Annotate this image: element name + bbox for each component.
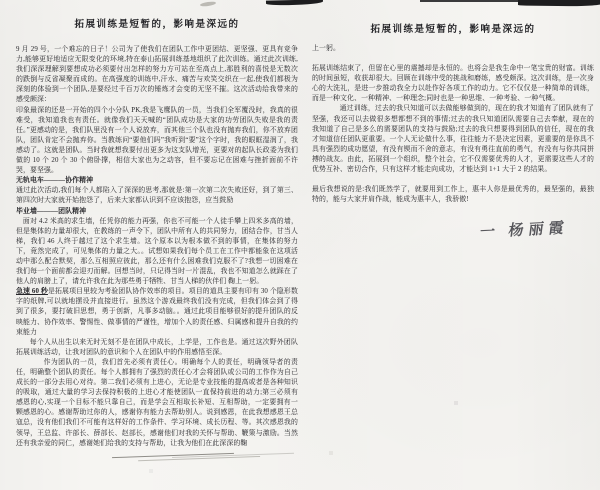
scan-noise-speckles [0,0,2,2]
paragraph-training-ended: 拓展训练结束了，但留在心里的震撼却是永恒的。也将会是我生命中一笔宝贵的财富。训练… [312,64,594,104]
scan-edge-artifact [420,0,522,2]
scanned-document: 拓展训练是短暂的，影响是深远的 9 月 29 号，一个难忘的日子！公司为了使我们… [0,0,600,490]
paragraph-graduation-wall: 面对 4.2 米高的求生墙，任凭你的能力再强，你也不可能一个人徒手攀上四米多高的… [16,217,298,288]
scan-edge-artifact [518,0,600,6]
paragraph-through-training: 通过训练，过去的我只知道可以去做能够做到的，现在的我才知道有了团队就有了坚强，我… [312,104,594,175]
paragraph-pk-teams: 印象最深的还是一开始的四个小分队 PK,我是飞鹰队的一员，当我们全军覆没时，我真… [16,106,298,177]
paragraph-speed60: 急速 60 秒是拓展项目里较为考验团队协作效率的项目。项目的道具主要有印有 30… [16,287,298,337]
page-title: 拓展训练是短暂的，影响是深远的 [16,16,298,30]
paragraph-gratitude: 作为团队的一员，我们首先必须有责任心。明确每个人的责任，明确领导者的责任，明确整… [16,358,298,449]
continuation-line: 上一躬。 [312,44,594,54]
speed60-underlined-lead: 急速 60 秒 [16,288,48,295]
page-title: 拓展训练是短暂的，影响是深远的 [312,21,594,35]
handwritten-signature: 一 杨丽霞 [479,215,595,242]
scan-smudge-artifact [200,1,216,7]
right-page: 拓展训练是短暂的，影响是深远的 上一躬。 拓展训练结束了，但留在心里的震撼却是永… [312,21,594,242]
paragraph-intro: 9 月 29 号，一个难忘的日子！公司为了使我们在团队工作中更团结、更坚强、更具… [16,45,298,106]
section-header-graduation-wall: 毕业墙———团队精神 [16,207,298,217]
left-page: 拓展训练是短暂的，影响是深远的 9 月 29 号，一个难忘的日子！公司为了使我们… [16,16,298,449]
paragraph-closing: 最后我想说的是:我们既然学了，就要用到工作上，惠丰人你是最优秀的，最坚强的，最独… [312,185,594,205]
paragraph-trolley: 通过此次活动,我们每个人都陷入了深深的思考,那就是:第一次第二次失败还好，到了第… [16,186,298,206]
pencil-smudge-line [112,453,234,458]
scan-edge-artifact [266,0,323,6]
paragraph-growth: 每个人从出生以来无时无刻不是在团队中成长，上学是，工作也是。通过这次野外团队拓展… [16,338,298,358]
section-header-trolley: 无轨电车———协作精神 [16,176,298,186]
